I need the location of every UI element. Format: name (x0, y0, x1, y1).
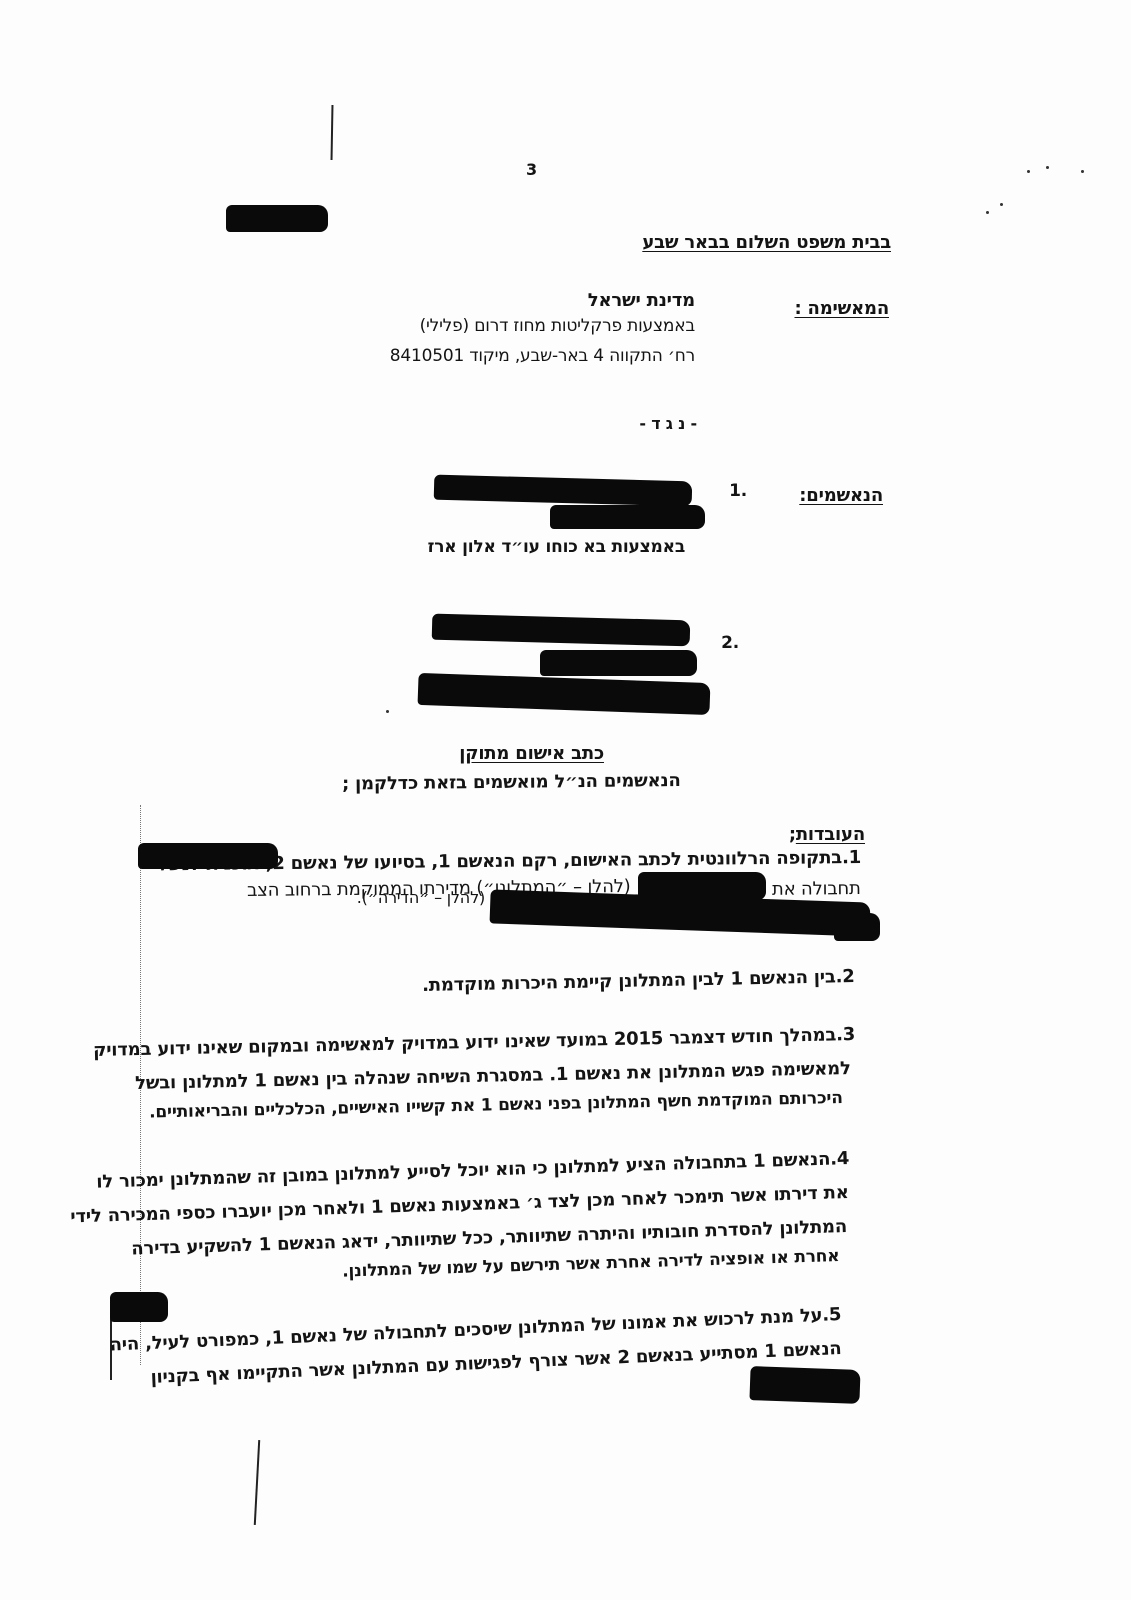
prosecutor-name: מדינת ישראל (588, 290, 695, 311)
redaction-block (834, 913, 880, 941)
scan-speck (986, 211, 989, 214)
facts-p3-line3: היכרותם המוקדמת חשף המתלונן בפני נאשם 1 … (149, 1088, 843, 1123)
facts-p1-line2-right: תחבולה את (772, 878, 861, 900)
scan-speck (1027, 170, 1030, 173)
prosecutor-address: רח׳ התקווה 4 באר-שבע, מיקוד 8410501 (390, 346, 695, 366)
defendant-2-name-redacted (540, 650, 697, 676)
facts-heading-suffix: ; (789, 824, 796, 845)
redaction-block (749, 1366, 860, 1404)
defendant-2-name-redacted (418, 673, 711, 715)
prosecutor-via: באמצעות פרקליטות מחוז דרום (פלילי) (420, 316, 695, 336)
intro-line: הנאשמים הנ״ל מואשמים בזאת כדלקמן ; (342, 770, 681, 795)
redaction-block (110, 1292, 168, 1322)
defendant-1-name-redacted (434, 475, 693, 507)
scan-speck (386, 710, 389, 713)
document-title: כתב אישום מתוקן (459, 743, 604, 764)
versus-label: - נ ג ד - (639, 414, 697, 433)
court-heading: בבית משפט השלום בבאר שבע (642, 232, 891, 253)
scanned-document-page: 3 בבית משפט השלום בבאר שבע המאשימה : מדי… (0, 0, 1131, 1600)
defendant-1-representation: באמצעות בא כוחו עו״ד אלון ארז (428, 537, 685, 557)
defendant-2-number: .2 (721, 633, 739, 653)
defendant-1-number: .1 (729, 481, 747, 501)
defendants-label: הנאשמים: (799, 485, 883, 506)
redaction-block (138, 843, 278, 869)
page-number: 3 (526, 160, 537, 179)
defendant-1-name-redacted (550, 505, 705, 529)
facts-heading: העובדות (796, 824, 865, 845)
defendant-2-name-redacted (432, 614, 691, 647)
scan-line-mark (254, 1440, 260, 1525)
scan-speck (1000, 203, 1003, 206)
facts-heading-wrap: העובדות; (789, 824, 865, 845)
scan-line-mark (331, 105, 334, 160)
facts-p1-line3-left: (להלן – ״הדירה״). (357, 888, 485, 907)
facts-p2-line1: 2.בין הנאשם 1 לבין המתלונן קיימת היכרות … (422, 966, 855, 996)
scan-speck (1081, 170, 1084, 173)
scan-speck (1046, 166, 1049, 169)
facts-p3-line1: 3.במהלך חודש דצמבר 2015 במועד שאינו ידוע… (93, 1024, 855, 1061)
facts-p3-line2: למאשימה פגש המתלונן את נאשם 1. במסגרת הש… (135, 1058, 851, 1094)
redaction-block (226, 205, 328, 232)
facts-p4-line4: אחרת או אופציה לדירה אחרת אשר תירשם על ש… (342, 1246, 840, 1282)
prosecutor-label: המאשימה : (794, 298, 889, 319)
